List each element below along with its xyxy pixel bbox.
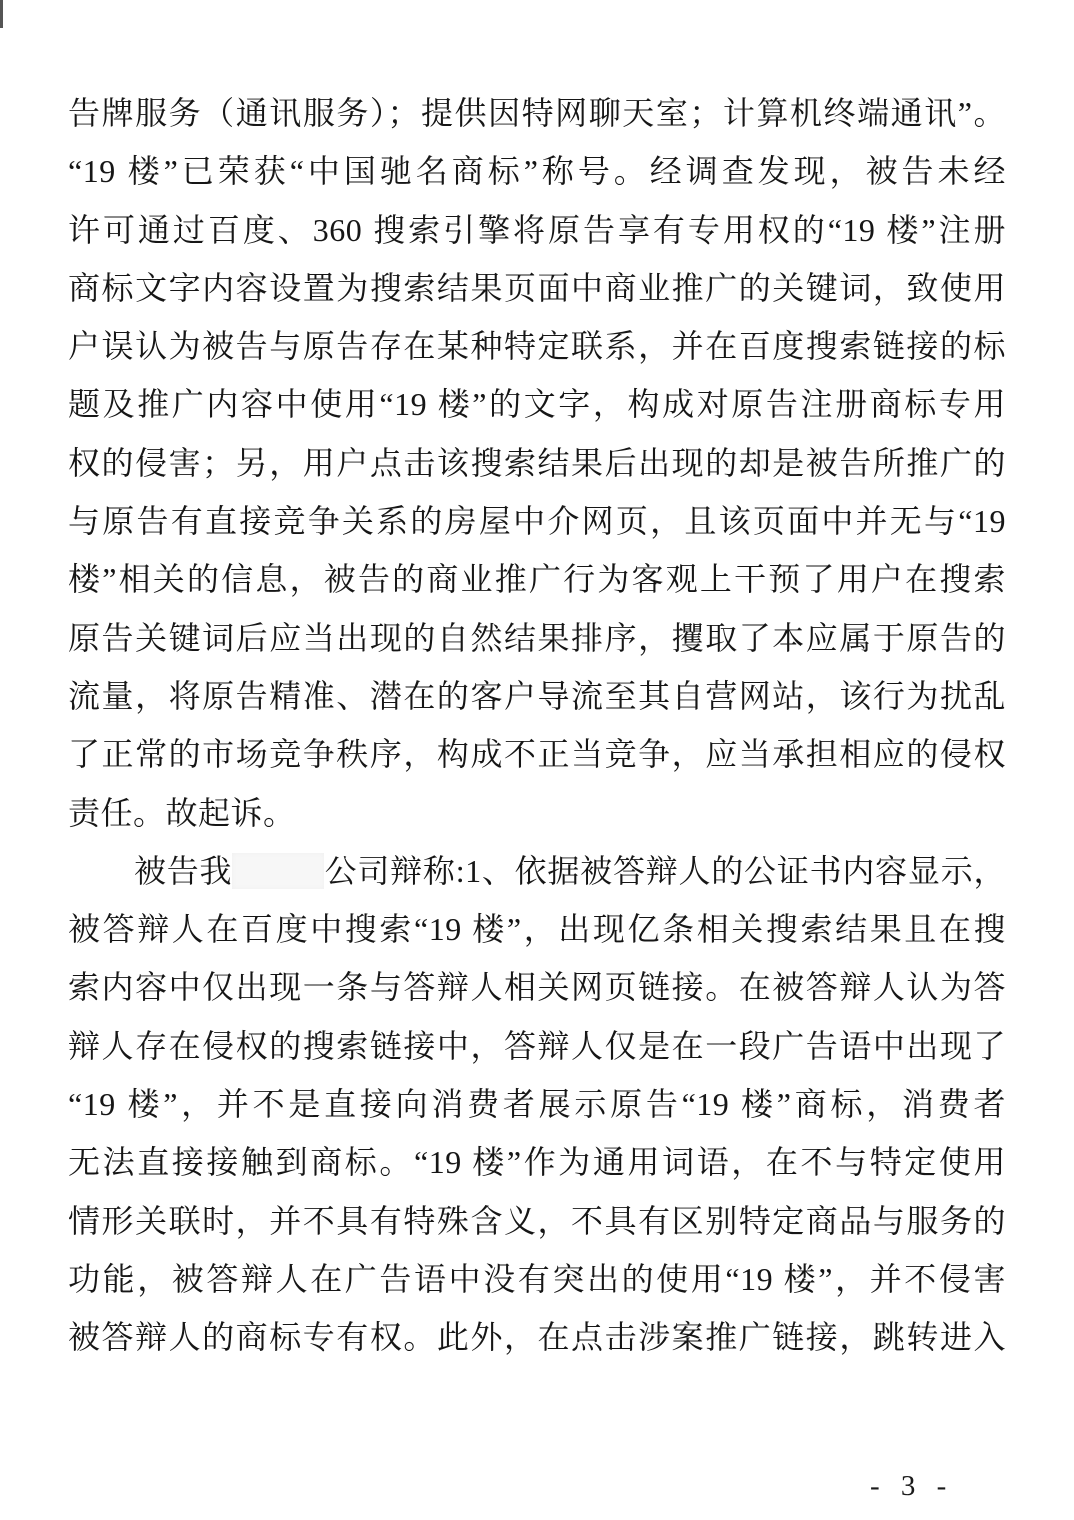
text-line: 无法直接接触到商标。“19 楼”作为通用词语，在不与特定使用 xyxy=(68,1133,1006,1191)
paragraph-end-line: 责任。故起诉。 xyxy=(68,784,1006,842)
text-line: 与原告有直接竞争关系的房屋中介网页，且该页面中并无与“19 xyxy=(68,492,1006,550)
text-line: 被答辩人的商标专有权。此外，在点击涉案推广链接，跳转进入 xyxy=(68,1308,1006,1366)
scan-edge-artifact xyxy=(0,0,3,28)
text-line: 索内容中仅出现一条与答辩人相关网页链接。在被答辩人认为答 xyxy=(68,958,1006,1016)
page-number: - 3 - xyxy=(870,1470,953,1503)
paragraph-start-line: 被告我公司辩称:1、依据被答辩人的公证书内容显示， xyxy=(68,842,1006,900)
text-line: “19 楼”已荣获“中国驰名商标”称号。经调查发现，被告未经 xyxy=(68,142,1006,200)
text-line: “19 楼”，并不是直接向消费者展示原告“19 楼”商标，消费者 xyxy=(68,1075,1006,1133)
defendant-lead-in: 被告我 xyxy=(134,853,232,889)
text-line: 商标文字内容设置为搜索结果页面中商业推广的关键词，致使用 xyxy=(68,259,1006,317)
document-page: 告牌服务（通讯服务）；提供因特网聊天室；计算机终端通讯”。 “19 楼”已荣获“… xyxy=(0,0,1074,1520)
text-line: 情形关联时，并不具有特殊含义，不具有区别特定商品与服务的 xyxy=(68,1192,1006,1250)
text-line: 辩人存在侵权的搜索链接中，答辩人仅是在一段广告语中出现了 xyxy=(68,1017,1006,1075)
text-line: 许可通过百度、360 搜索引擎将原告享有专用权的“19 楼”注册 xyxy=(68,201,1006,259)
text-line: 楼”相关的信息，被告的商业推广行为客观上干预了用户在搜索 xyxy=(68,550,1006,608)
text-line: 流量，将原告精准、潜在的客户导流至其自营网站，该行为扰乱 xyxy=(68,667,1006,725)
redaction-box xyxy=(232,853,324,889)
text-line: 题及推广内容中使用“19 楼”的文字，构成对原告注册商标专用 xyxy=(68,375,1006,433)
text-line: 被答辩人在百度中搜索“19 楼”，出现亿条相关搜索结果且在搜 xyxy=(68,900,1006,958)
text-line: 了正常的市场竞争秩序，构成不正当竞争，应当承担相应的侵权 xyxy=(68,725,1006,783)
text-line: 户误认为被告与原告存在某种特定联系，并在百度搜索链接的标 xyxy=(68,317,1006,375)
defendant-statement: 公司辩称:1、依据被答辩人的公证书内容显示， xyxy=(324,853,1006,889)
text-line: 功能，被答辩人在广告语中没有突出的使用“19 楼”，并不侵害 xyxy=(68,1250,1006,1308)
text-block: 告牌服务（通讯服务）；提供因特网聊天室；计算机终端通讯”。 “19 楼”已荣获“… xyxy=(68,84,1006,1367)
text-line: 告牌服务（通讯服务）；提供因特网聊天室；计算机终端通讯”。 xyxy=(68,84,1006,142)
text-line: 权的侵害；另，用户点击该搜索结果后出现的却是被告所推广的 xyxy=(68,434,1006,492)
text-line: 原告关键词后应当出现的自然结果排序，攫取了本应属于原告的 xyxy=(68,609,1006,667)
